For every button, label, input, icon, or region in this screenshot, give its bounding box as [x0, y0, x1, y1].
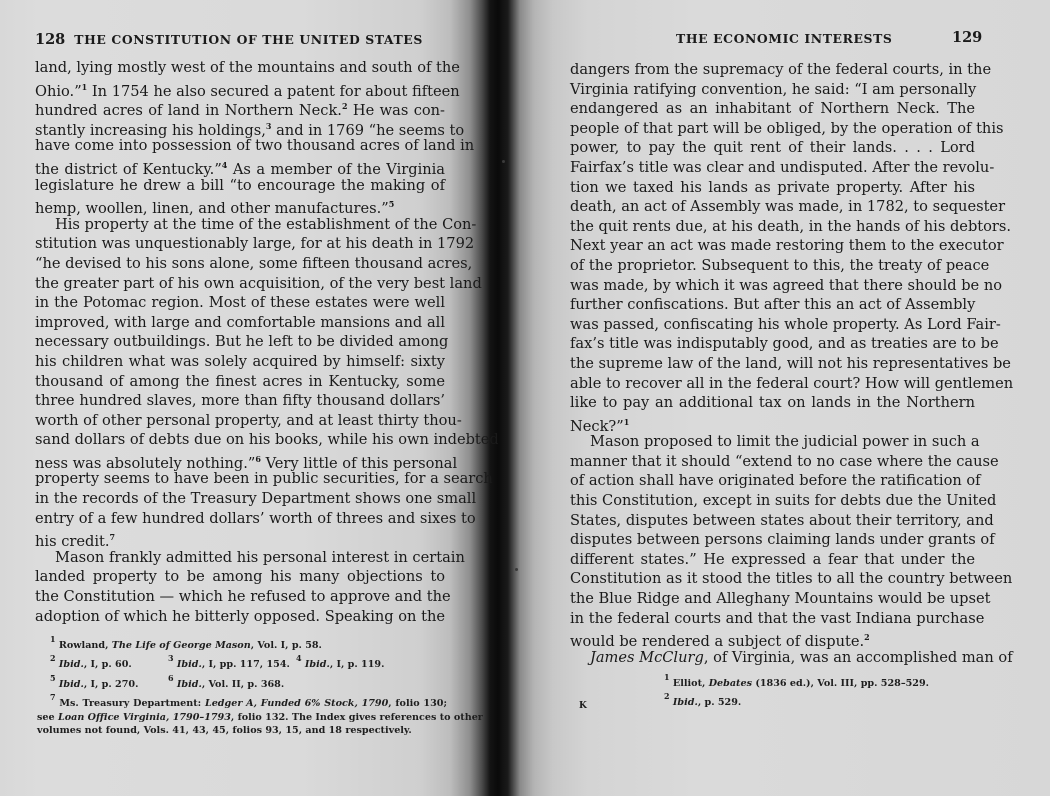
- text-line: tion we taxed his lands as private prope…: [570, 178, 975, 198]
- text-line: Virginia ratifying convention, he said: …: [570, 80, 975, 100]
- text-line: Next year an act was made restoring them…: [570, 236, 975, 256]
- text-line: disputes between persons claiming lands …: [570, 530, 975, 550]
- footnote-ref: 7: [110, 532, 116, 542]
- text-line: different states.” He expressed a fear t…: [570, 550, 975, 570]
- text-line: adoption of which he bitterly opposed. S…: [35, 607, 445, 627]
- text-line: entry of a few hundred dollars’ worth of…: [35, 509, 445, 529]
- left-running-head: 128THE CONSTITUTION OF THE UNITED STATES: [35, 31, 423, 48]
- text-line: was passed, confiscating his whole prope…: [570, 315, 975, 335]
- footnote-6: 6 Ibid., Vol. II, p. 368.: [168, 672, 284, 691]
- text-line: in the federal courts and that the vast …: [570, 609, 975, 629]
- text-line: legislature he drew a bill “to encourage…: [35, 176, 445, 196]
- text-line: three hundred slaves, more than fifty th…: [35, 391, 445, 411]
- text-line: have come into possession of two thousan…: [35, 136, 445, 156]
- text-line: necessary outbuildings. But he left to b…: [35, 332, 445, 352]
- footnote-row-2-4: 2 Ibid., I, p. 60.3 Ibid., I, pp. 117, 1…: [37, 652, 447, 671]
- text-line: fax’s title was indisputably good, and a…: [570, 334, 975, 354]
- text-line: his credit.7: [35, 528, 445, 548]
- text-line: power, to pay the quit rent of their lan…: [570, 138, 975, 158]
- text-line: ness was absolutely nothing.”6 Very litt…: [35, 450, 445, 470]
- footnote-1: 1 Elliot, Debates (1836 ed.), Vol. III, …: [664, 671, 964, 690]
- text-line: improved, with large and comfortable man…: [35, 313, 445, 333]
- text-line: thousand of among the finest acres in Ke…: [35, 372, 445, 392]
- text-line: of the proprietor. Subsequent to this, t…: [570, 256, 975, 276]
- text-line: the quit rents due, at his death, in the…: [570, 217, 975, 237]
- book-spread: 128THE CONSTITUTION OF THE UNITED STATES…: [0, 0, 1050, 796]
- footnote-row-5-6: 5 Ibid., I, p. 270.6 Ibid., Vol. II, p. …: [37, 672, 447, 691]
- text-line: Mason frankly admitted his personal inte…: [35, 548, 445, 568]
- text-line: the greater part of his own acquisition,…: [35, 274, 445, 294]
- page-speck: [502, 160, 505, 163]
- text-line: the district of Kentucky.”4 As a member …: [35, 156, 445, 176]
- left-running-title: THE CONSTITUTION OF THE UNITED STATES: [74, 32, 423, 47]
- footnote-4: 4 Ibid., I, p. 119.: [296, 652, 384, 671]
- text-line: people of that part will be obliged, by …: [570, 119, 975, 139]
- footnote-1: 1 Rowland, The Life of George Mason, Vol…: [37, 633, 447, 652]
- footnote-ref: 5: [389, 199, 395, 209]
- footnote-5: 5 Ibid., I, p. 270.: [50, 672, 168, 691]
- text-line: this Constitution, except in suits for d…: [570, 491, 975, 511]
- text-line: property seems to have been in public se…: [35, 469, 445, 489]
- text-line: landed property to be among his many obj…: [35, 567, 445, 587]
- text-line: manner that it should “extend to no case…: [570, 452, 975, 472]
- text-line: endangered as an inhabitant of Northern …: [570, 99, 975, 119]
- text-line: his children what was solely acquired by…: [35, 352, 445, 372]
- text-line: “he devised to his sons alone, some fift…: [35, 254, 445, 274]
- footnote-3: 3 Ibid., I, pp. 117, 154.: [168, 652, 296, 671]
- left-footnotes: 1 Rowland, The Life of George Mason, Vol…: [37, 633, 447, 737]
- signature-mark: K: [579, 701, 587, 711]
- text-line: was made, by which it was agreed that th…: [570, 276, 975, 296]
- text-line: dangers from the supremacy of the federa…: [570, 60, 975, 80]
- page-speck: [515, 568, 518, 571]
- text-line: stantly increasing his holdings,3 and in…: [35, 117, 445, 137]
- text-line: of action shall have originated before t…: [570, 471, 975, 491]
- left-page-number: 128: [35, 31, 65, 48]
- footnote-7-line-2: see Loan Office Virginia, 1790–1793, fol…: [37, 711, 447, 724]
- text-line: Constitution as it stood the titles to a…: [570, 569, 975, 589]
- text-line: sand dollars of debts due on his books, …: [35, 430, 445, 450]
- right-page-body: dangers from the supremacy of the federa…: [570, 60, 975, 667]
- text-line: Neck?”1: [570, 413, 975, 433]
- text-line: able to recover all in the federal court…: [570, 374, 975, 394]
- text-line: like to pay an additional tax on lands i…: [570, 393, 975, 413]
- text-line: Ohio.”1 In 1754 he also secured a patent…: [35, 78, 445, 98]
- right-footnotes: 1 Elliot, Debates (1836 ed.), Vol. III, …: [664, 671, 964, 710]
- text-line: death, an act of Assembly was made, in 1…: [570, 197, 975, 217]
- footnote-2: 2 Ibid., I, p. 60.: [50, 652, 168, 671]
- text-line: the supreme law of the land, will not hi…: [570, 354, 975, 374]
- text-line: further confiscations. But after this an…: [570, 295, 975, 315]
- text-line: States, disputes between states about th…: [570, 511, 975, 531]
- left-page-body: land, lying mostly west of the mountains…: [35, 58, 445, 626]
- footnote-7-line-1: 7 Ms. Treasury Department: Ledger A, Fun…: [37, 691, 447, 710]
- text-line: Mason proposed to limit the judicial pow…: [570, 432, 975, 452]
- right-running-title: THE ECONOMIC INTERESTS: [676, 31, 892, 46]
- text-line: in the records of the Treasury Departmen…: [35, 489, 445, 509]
- text-line: in the Potomac region. Most of these est…: [35, 293, 445, 313]
- text-line: land, lying mostly west of the mountains…: [35, 58, 445, 78]
- footnote-ref: 1: [624, 417, 630, 427]
- text-line: hundred acres of land in Northern Neck.2…: [35, 97, 445, 117]
- text-line: the Blue Ridge and Alleghany Mountains w…: [570, 589, 975, 609]
- footnote-7-line-3: volumes not found, Vols. 41, 43, 45, fol…: [37, 724, 447, 737]
- text-line: His property at the time of the establis…: [35, 215, 445, 235]
- text-line: would be rendered a subject of dispute.2: [570, 628, 975, 648]
- text-line: Fairfax’s title was clear and undisputed…: [570, 158, 975, 178]
- text-line: James McClurg, of Virginia, was an accom…: [570, 648, 975, 668]
- text-line: stitution was unquestionably large, for …: [35, 234, 445, 254]
- right-page-number: 129: [952, 29, 982, 46]
- footnote-ref: 2: [864, 632, 870, 642]
- right-page: THE ECONOMIC INTERESTS 129 dangers from …: [498, 0, 1050, 796]
- text-line: the Constitution — which he refused to a…: [35, 587, 445, 607]
- footnote-2: 2 Ibid., p. 529.: [664, 690, 964, 709]
- left-page: 128THE CONSTITUTION OF THE UNITED STATES…: [0, 0, 498, 796]
- text-line: hemp, woollen, linen, and other manufact…: [35, 195, 445, 215]
- text-line: worth of other personal property, and at…: [35, 411, 445, 431]
